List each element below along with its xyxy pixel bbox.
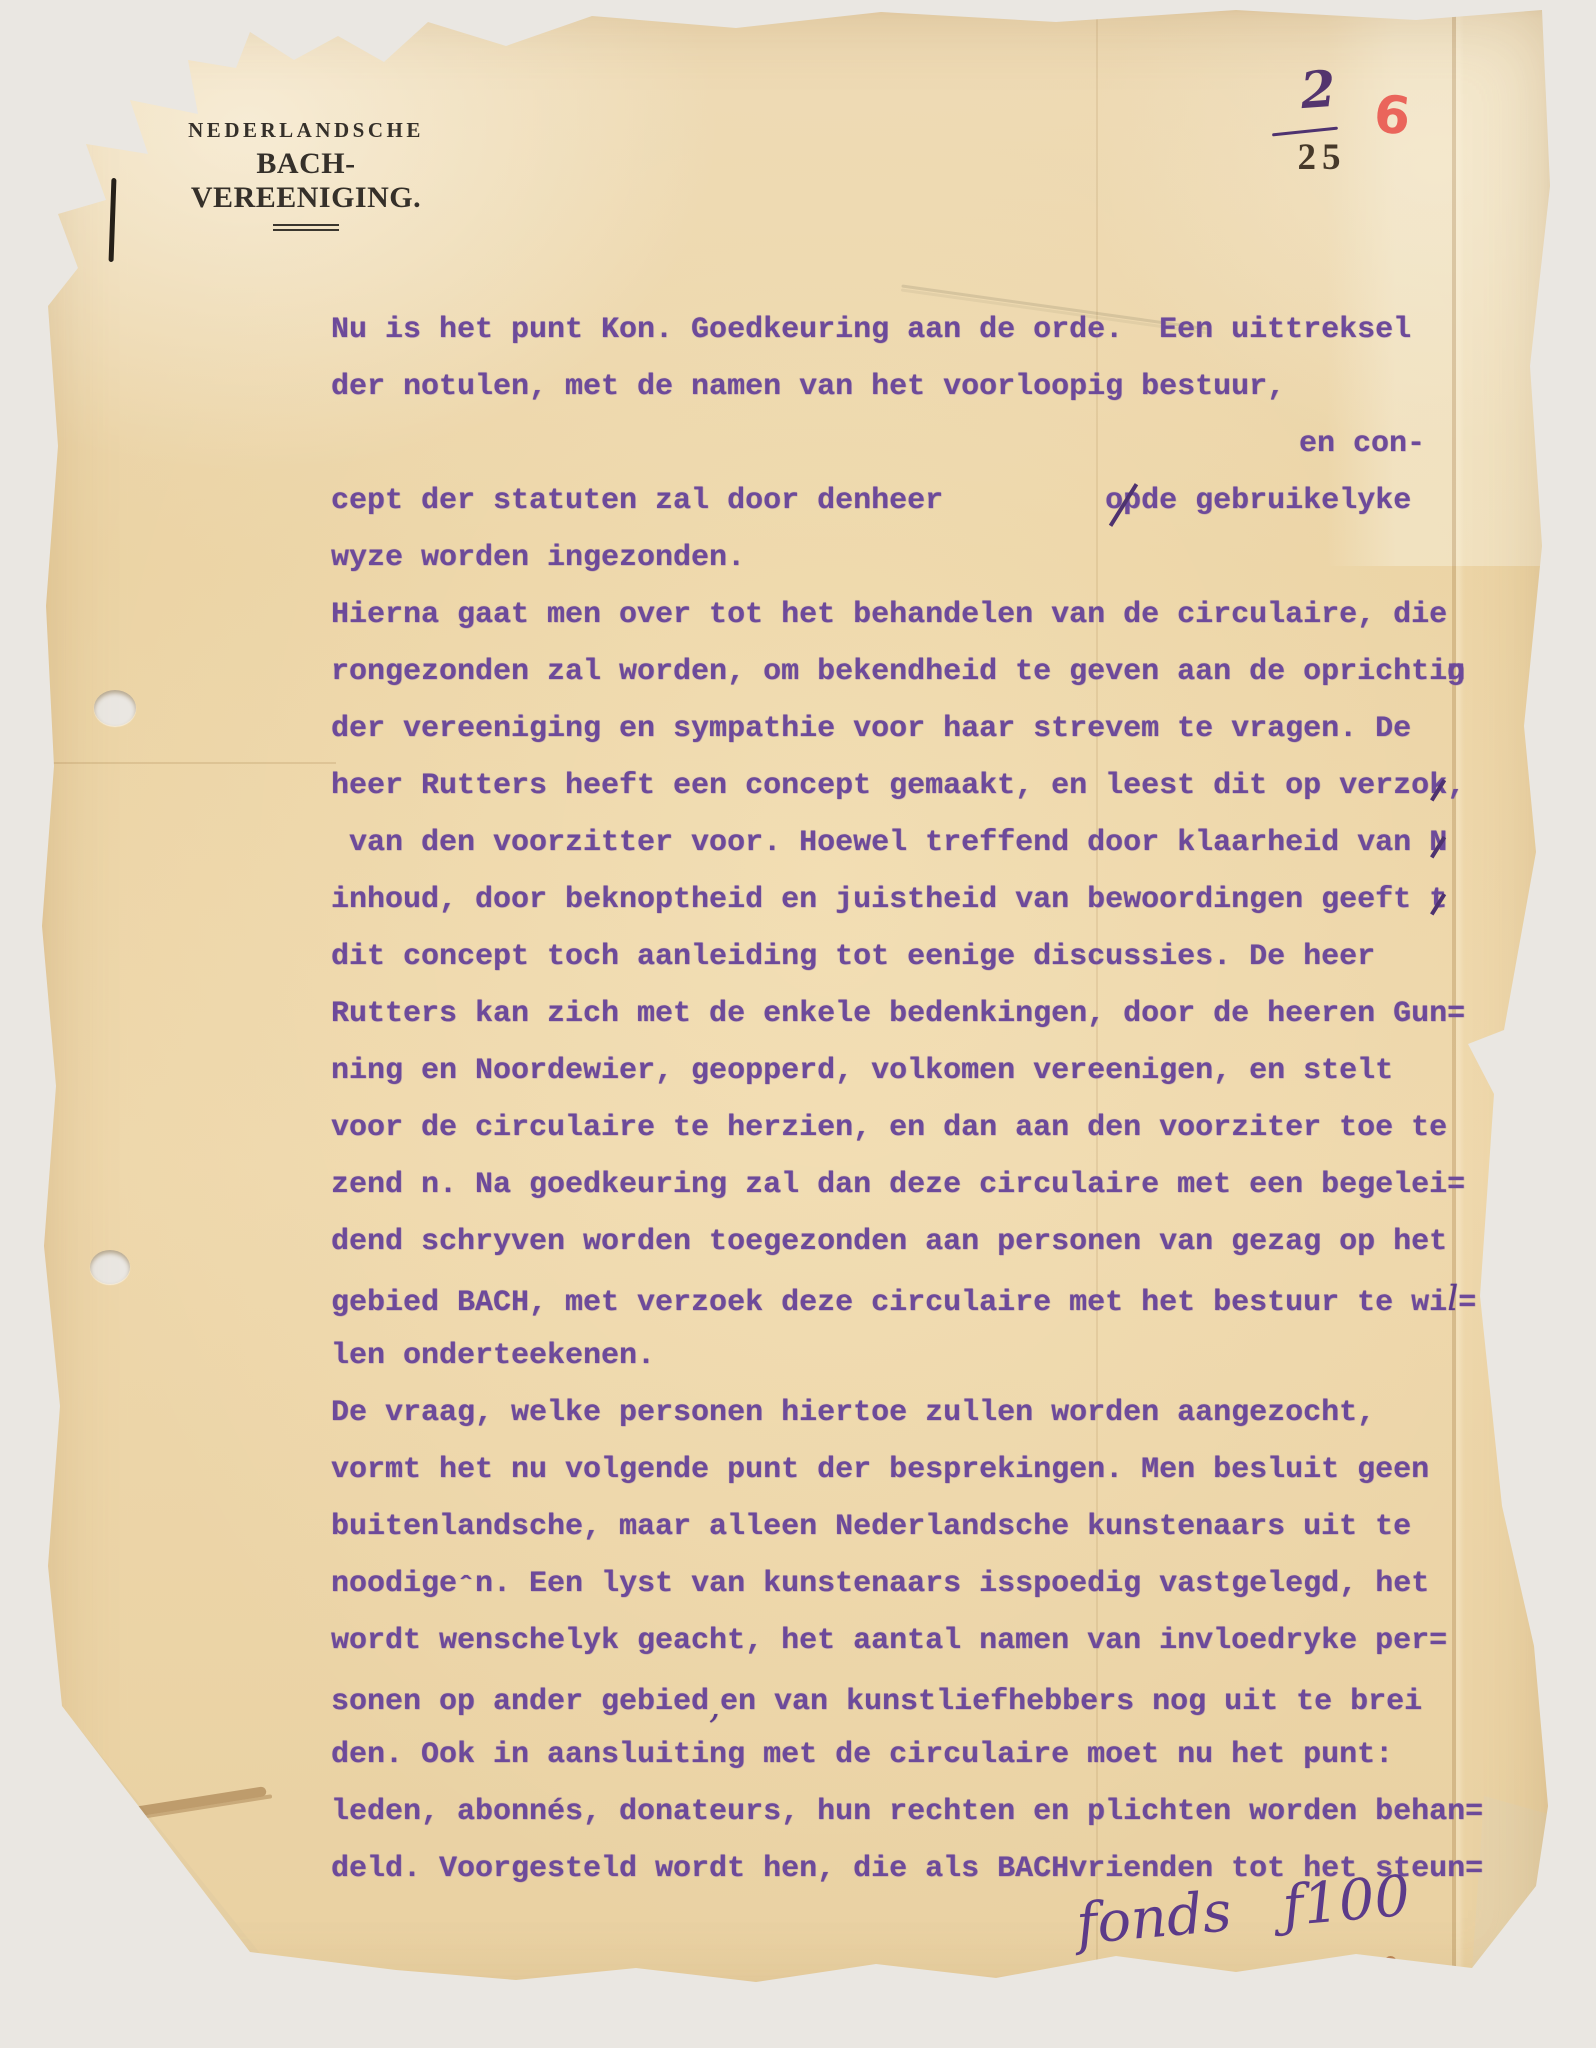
typewritten-line: ning en Noordewier, geopperd, volkomen v… (331, 1043, 1491, 1100)
typewritten-line: dend schryven worden toegezonden aan per… (331, 1214, 1491, 1271)
typewritten-line: zend n. Na goedkeuring zal dan deze circ… (331, 1157, 1491, 1214)
typewritten-segment: en van kunstliefhebbers nog uit te brei (720, 1685, 1422, 1719)
punch-hole-top (94, 690, 136, 726)
typewritten-segment: rongezonden zal worden, om bekendheid te… (331, 655, 1465, 689)
typewritten-segment: cept der statuten zal door denheer (331, 484, 1105, 518)
stain-dot (1385, 1956, 1396, 1965)
typewritten-line: van den voorzitter voor. Hoewel treffend… (331, 815, 1491, 872)
typewritten-line: Rutters kan zich met de enkele bedenking… (331, 986, 1491, 1043)
page-fraction-numerator: 2 (1266, 57, 1370, 123)
paper-crease-horizontal-left (36, 762, 336, 764)
typewritten-line: Nu is het punt Kon. Goedkeuring aan de o… (331, 302, 1491, 359)
typewritten-line: leden, abonnés, donateurs, hun rechten e… (331, 1784, 1491, 1841)
typewritten-segment: , (1447, 769, 1465, 803)
typewritten-segment: sonen op ander gebied (331, 1685, 709, 1719)
typewritten-segment: n. Een lyst van kunstenaars isspoedig va… (475, 1567, 1429, 1601)
scanned-document-scene: NEDERLANDSCHE BACH-VEREENIGING. 2 25 6 N… (0, 0, 1596, 2048)
letterhead-line2: BACH-VEREENIGING. (156, 147, 456, 215)
typewritten-segment: t (1429, 872, 1447, 929)
typewritten-segment: N (1429, 815, 1447, 872)
typewritten-segment: leden, abonnés, donateurs, hun rechten e… (331, 1795, 1483, 1829)
typewritten-segment: Hierna gaat men over tot het behandelen … (331, 598, 1447, 632)
typewritten-line: heer Rutters heeft een concept gemaakt, … (331, 758, 1491, 815)
letterhead-rule (273, 224, 339, 231)
typewritten-segment: buitenlandsche, maar alleen Nederlandsch… (331, 1510, 1411, 1544)
typewritten-segment: zend n. Na goedkeuring zal dan deze circ… (331, 1168, 1465, 1202)
typewritten-segment: voor de circulaire te herzien, en dan aa… (331, 1111, 1447, 1145)
margin-pen-stroke (109, 178, 117, 262)
typewritten-segment: dend schryven worden toegezonden aan per… (331, 1225, 1447, 1259)
stain-squiggle (127, 1786, 267, 1818)
typewritten-segment: Rutters kan zich met de enkele bedenking… (331, 997, 1465, 1031)
typewritten-line: voor de circulaire te herzien, en dan aa… (331, 1100, 1491, 1157)
typewritten-segment: De vraag, welke personen hiertoe zullen … (331, 1396, 1375, 1430)
letterhead-line1: NEDERLANDSCHE (156, 118, 456, 143)
typewritten-segment: , (709, 1679, 720, 1736)
typewritten-line: wyze worden ingezonden. (331, 530, 1491, 587)
typewritten-segment: der notulen, met de namen van het voorlo… (331, 370, 1285, 404)
typewritten-line: gebied BACH, met verzoek deze circulaire… (331, 1271, 1491, 1328)
typewritten-segment: inhoud, door beknoptheid en juistheid va… (331, 883, 1429, 917)
body-text: Nu is het punt Kon. Goedkeuring aan de o… (331, 302, 1491, 1898)
typewritten-line: rongezonden zal worden, om bekendheid te… (331, 644, 1491, 701)
typewritten-line: der vereeniging en sympathie voor haar s… (331, 701, 1491, 758)
typewritten-line: vormt het nu volgende punt der besprekin… (331, 1442, 1491, 1499)
typewritten-segment: den. Ook in aansluiting met de circulair… (331, 1738, 1393, 1772)
typewritten-segment: l (1447, 1279, 1458, 1319)
typewritten-segment: noodige (331, 1567, 457, 1601)
typewritten-segment: gebied BACH, met verzoek deze circulaire… (331, 1286, 1447, 1320)
typewritten-segment: van den voorzitter voor. Hoewel treffend… (331, 826, 1429, 860)
typewritten-segment: Nu is het punt Kon. Goedkeuring aan de o… (331, 313, 1411, 347)
typewritten-line: noodigeˆn. Een lyst van kunstenaars issp… (331, 1556, 1491, 1613)
typewritten-segment: dit concept toch aanleiding tot eenige d… (331, 940, 1375, 974)
typewritten-line: den. Ook in aansluiting met de circulair… (331, 1727, 1491, 1784)
typewritten-segment: en con- (1299, 427, 1425, 461)
page-fraction-denominator: 25 (1272, 136, 1372, 179)
punch-hole-bottom (90, 1250, 130, 1284)
typewritten-line: Hierna gaat men over tot het behandelen … (331, 587, 1491, 644)
typewritten-segment: = (1458, 1286, 1476, 1320)
typewritten-line: len onderteekenen. (331, 1328, 1491, 1385)
typewritten-line: buitenlandsche, maar alleen Nederlandsch… (331, 1499, 1491, 1556)
letterhead: NEDERLANDSCHE BACH-VEREENIGING. (156, 118, 456, 231)
typewritten-line: der notulen, met de namen van het voorlo… (331, 359, 1491, 416)
typewritten-segment: op (1105, 473, 1141, 530)
typewritten-line: en con- (331, 416, 1491, 473)
typewritten-segment: ˆ (457, 1561, 475, 1618)
typewritten-segment: heer Rutters heeft een concept gemaakt, … (331, 769, 1429, 803)
typewritten-segment: g (1447, 655, 1465, 689)
typewritten-segment: ning en Noordewier, geopperd, volkomen v… (331, 1054, 1393, 1088)
typewritten-segment: wyze worden ingezonden. (331, 541, 745, 575)
typewritten-line: cept der statuten zal door denheer opde … (331, 473, 1491, 530)
typewritten-segment: k (1429, 758, 1447, 815)
typewritten-segment: vormt het nu volgende punt der besprekin… (331, 1453, 1429, 1487)
typewritten-segment: de gebruikelyke (1141, 484, 1411, 518)
typewritten-segment: len onderteekenen. (331, 1339, 655, 1373)
document-paper: NEDERLANDSCHE BACH-VEREENIGING. 2 25 6 N… (36, 6, 1556, 2006)
typewritten-line: inhoud, door beknoptheid en juistheid va… (331, 872, 1491, 929)
typewritten-segment: der vereeniging en sympathie voor haar s… (331, 712, 1411, 746)
typewritten-segment: wordt wenschelyk geacht, het aantal name… (331, 1624, 1447, 1658)
typewritten-line: De vraag, welke personen hiertoe zullen … (331, 1385, 1491, 1442)
typewritten-line: dit concept toch aanleiding tot eenige d… (331, 929, 1491, 986)
typewritten-line: wordt wenschelyk geacht, het aantal name… (331, 1613, 1491, 1670)
typewritten-line: sonen op ander gebied,en van kunstliefhe… (331, 1670, 1491, 1727)
red-page-number: 6 (1371, 84, 1413, 147)
